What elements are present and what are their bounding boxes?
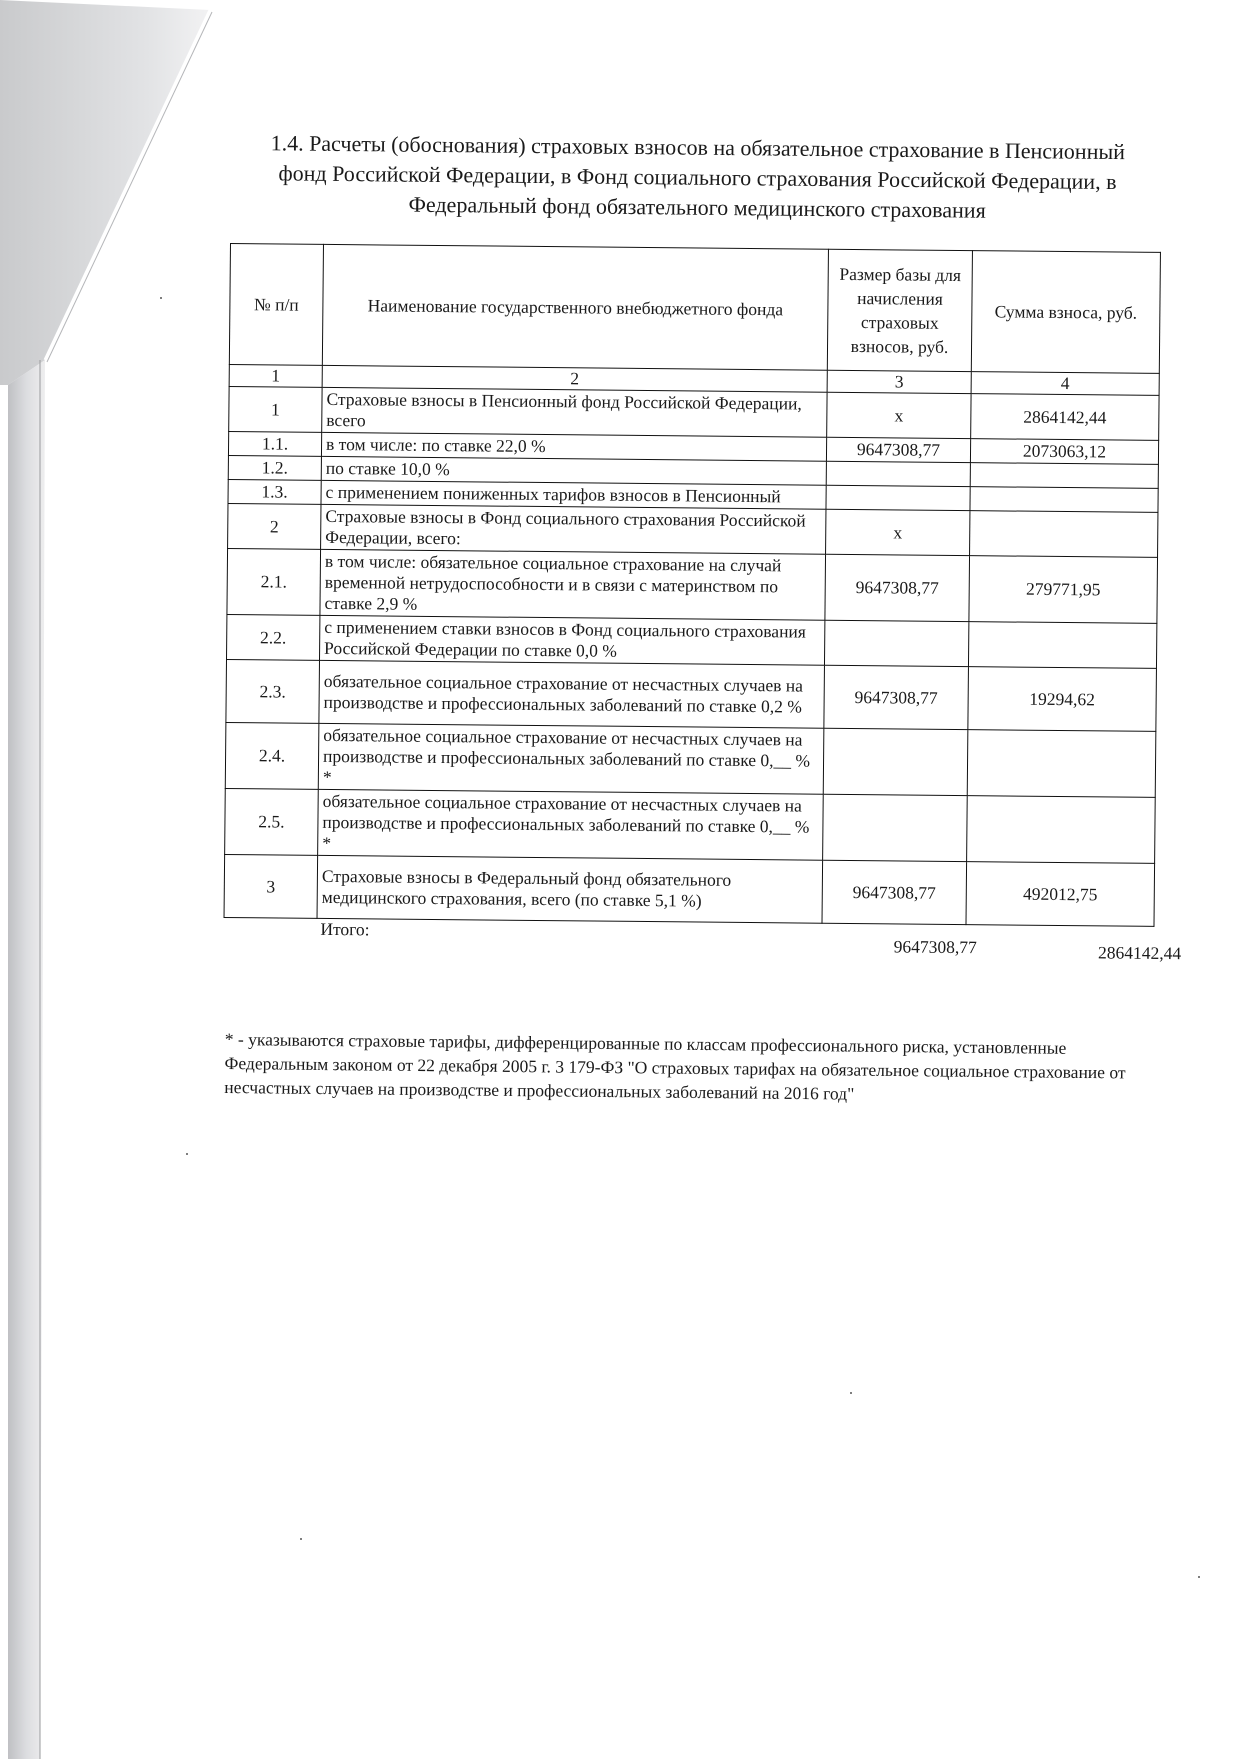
base-value — [826, 485, 970, 510]
scan-speck — [186, 1153, 188, 1155]
row-number: 1 — [229, 386, 322, 432]
contribution-value — [967, 796, 1156, 864]
base-value — [823, 794, 968, 861]
scan-speck — [160, 297, 162, 299]
fund-name: Страховые взносы в Фонд социального стра… — [321, 504, 826, 554]
contribution-value — [970, 463, 1158, 489]
fund-name: обязательное социальное страхование от н… — [318, 723, 824, 794]
row-number: 1.2. — [228, 455, 321, 480]
contributions-table: № п/п Наименование государственного внеб… — [224, 243, 1161, 927]
header-row-number: № п/п — [229, 244, 323, 366]
contribution-value: 492012,75 — [966, 862, 1155, 927]
table-row: 3Страховые взносы в Федеральный фонд обя… — [224, 854, 1155, 926]
fund-name: обязательное социальное страхование от н… — [318, 789, 824, 860]
contribution-value — [967, 730, 1156, 798]
header-contribution-sum: Сумма взноса, руб. — [971, 251, 1160, 374]
base-value — [823, 728, 968, 795]
column-number: 3 — [827, 370, 971, 393]
base-value: 9647308,77 — [825, 554, 970, 621]
base-value — [824, 620, 968, 666]
footnote: * - указываются страховые тарифы, диффер… — [224, 1027, 1135, 1109]
fund-name: обязательное социальное страхование от н… — [319, 660, 825, 728]
scan-speck — [300, 1538, 302, 1540]
base-value: 9647308,77 — [826, 437, 970, 462]
fund-name: Страховые взносы в Пенсионный фонд Росси… — [322, 387, 827, 437]
row-number: 2.3. — [226, 659, 320, 723]
fund-name: Страховые взносы в Федеральный фонд обяз… — [317, 855, 823, 923]
table-row: 2.3.обязательное социальное страхование … — [226, 659, 1157, 731]
row-number: 2.2. — [227, 614, 320, 660]
fund-name: в том числе: обязательное социальное стр… — [320, 549, 826, 620]
row-number: 2 — [228, 503, 321, 549]
total-label: Итого: — [320, 919, 369, 940]
row-number: 2.5. — [225, 788, 319, 855]
column-number: 1 — [229, 364, 322, 387]
contribution-value — [970, 511, 1158, 558]
row-number: 2.4. — [225, 722, 319, 789]
contribution-value: 279771,95 — [969, 556, 1158, 624]
section-title: 1.4. Расчеты (обоснования) страховых взн… — [247, 128, 1148, 227]
total-base: 9647308,77 — [863, 936, 1007, 958]
base-value: х — [826, 509, 970, 555]
row-number: 1.3. — [228, 479, 321, 504]
contribution-value: 2864142,44 — [971, 394, 1159, 441]
fund-name: с применением ставки взносов в Фонд соци… — [319, 615, 824, 665]
total-row: Итого: 9647308,77 2864142,44 — [223, 918, 1153, 967]
base-value: 9647308,77 — [822, 860, 967, 924]
contribution-value: 19294,62 — [968, 667, 1157, 732]
header-base-size: Размер базы для начисления страховых взн… — [827, 249, 972, 371]
contribution-value — [968, 622, 1156, 669]
row-number: 2.1. — [227, 548, 321, 615]
scan-speck — [850, 1392, 852, 1394]
scanner-page-fold-shadow — [0, 0, 230, 1759]
table-row: 2.4.обязательное социальное страхование … — [225, 722, 1156, 797]
total-sum: 2864142,44 — [993, 941, 1181, 964]
contributions-sheet: № п/п Наименование государственного внеб… — [223, 243, 1160, 967]
row-number: 1.1. — [228, 431, 321, 456]
base-value — [826, 461, 970, 486]
contribution-value: 2073063,12 — [970, 439, 1158, 465]
row-number: 3 — [224, 854, 318, 918]
base-value: 9647308,77 — [824, 665, 969, 729]
scan-speck — [1198, 1576, 1200, 1578]
column-number: 4 — [971, 372, 1159, 396]
table-row: 2.5.обязательное социальное страхование … — [225, 788, 1156, 863]
contribution-value — [970, 487, 1158, 513]
base-value: х — [827, 392, 971, 438]
header-fund-name: Наименование государственного внебюджетн… — [322, 244, 828, 370]
table-header-row: № п/п Наименование государственного внеб… — [229, 244, 1160, 374]
table-row: 2.1.в том числе: обязательное социальное… — [227, 548, 1158, 623]
